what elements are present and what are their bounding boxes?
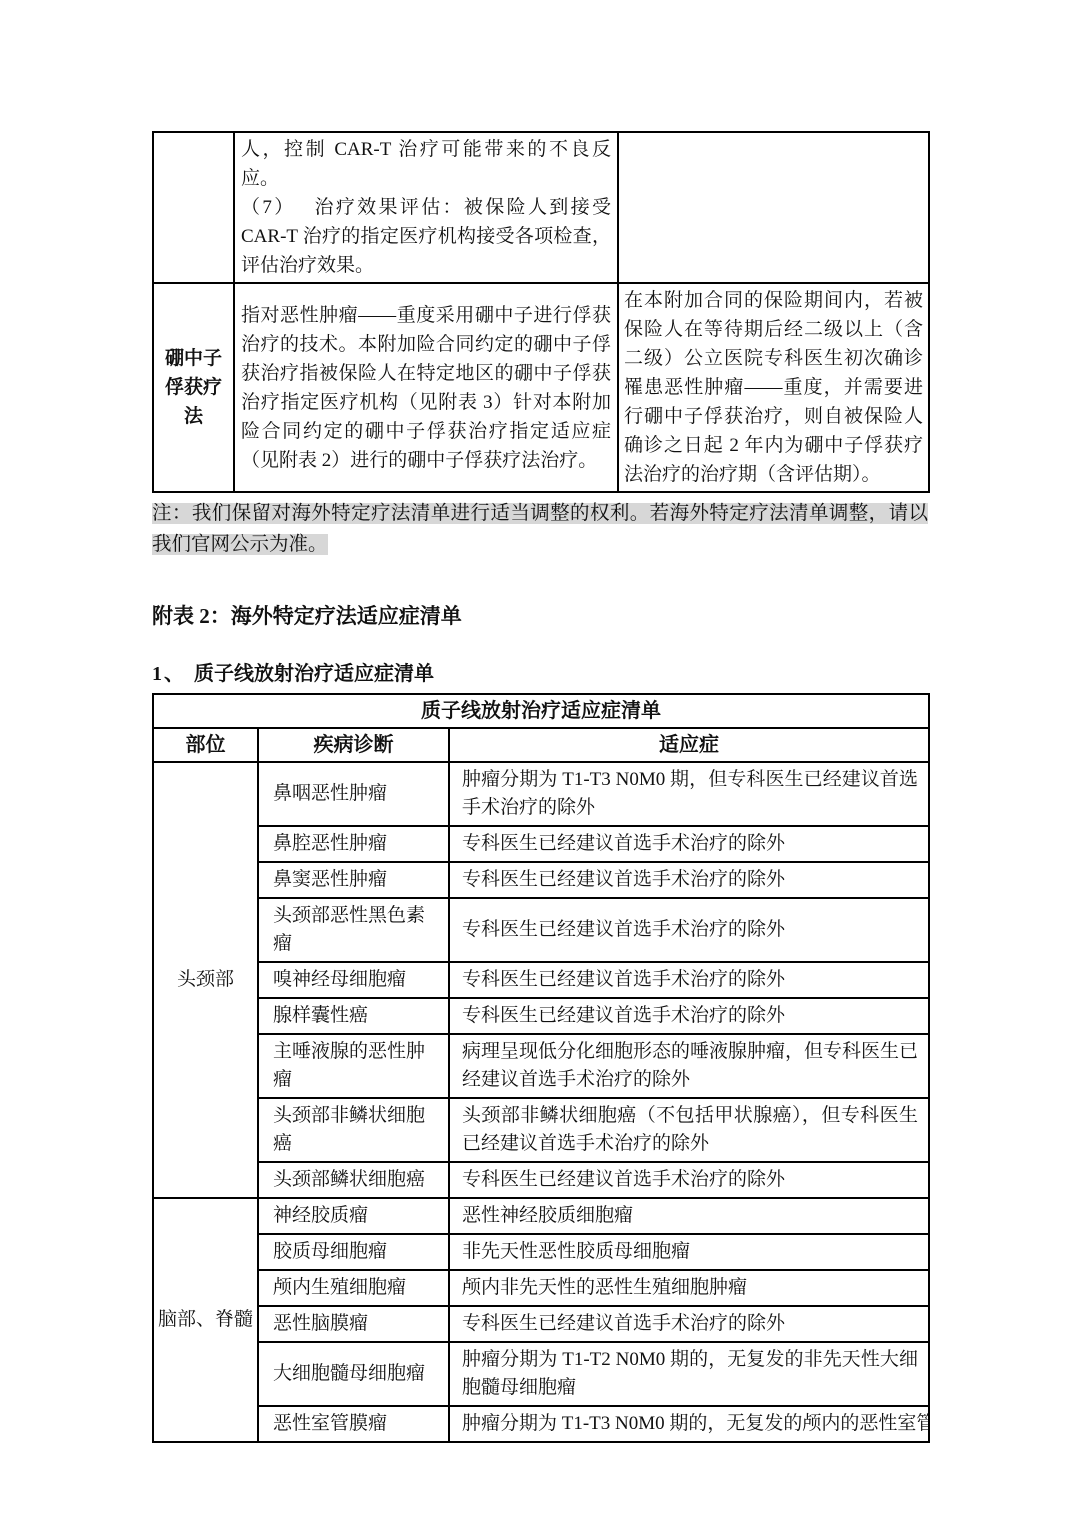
note-highlight: 注：我们保留对海外特定疗法清单进行适当调整的权利。若海外特定疗法清单调整，请以我…	[152, 503, 928, 555]
definition-cell: 指对恶性肿瘤——重度采用硼中子进行俘获治疗的技术。本附加险合同约定的硼中子俘获治…	[234, 283, 618, 492]
table-row: 头颈部鳞状细胞癌 专科医生已经建议首选手术治疗的除外	[153, 1162, 929, 1198]
indication-cell: 非先天性恶性胶质母细胞瘤	[449, 1234, 929, 1270]
document-page: 人，控制 CAR-T 治疗可能带来的不良反应。 （7） 治疗效果评估：被保险人到…	[0, 0, 1080, 1527]
column-header-indication: 适应症	[449, 728, 929, 762]
term-cell: 硼中子俘获疗法	[153, 283, 234, 492]
table-row: 腺样囊性癌 专科医生已经建议首选手术治疗的除外	[153, 998, 929, 1034]
diagnosis-cell: 鼻腔恶性肿瘤	[258, 826, 449, 862]
indication-cell: 肿瘤分期为 T1-T2 N0M0 期的，无复发的非先天性大细胞髓母细胞瘤	[449, 1342, 929, 1406]
page-content: 人，控制 CAR-T 治疗可能带来的不良反应。 （7） 治疗效果评估：被保险人到…	[152, 131, 930, 1443]
table-row: 恶性脑膜瘤 专科医生已经建议首选手术治疗的除外	[153, 1306, 929, 1342]
indication-cell: 专科医生已经建议首选手术治疗的除外	[449, 1162, 929, 1198]
table-row: 大细胞髓母细胞瘤 肿瘤分期为 T1-T2 N0M0 期的，无复发的非先天性大细胞…	[153, 1342, 929, 1406]
table-title-row: 质子线放射治疗适应症清单	[153, 694, 929, 728]
table-row: 脑部、脊髓 神经胶质瘤 恶性神经胶质细胞瘤	[153, 1198, 929, 1234]
diagnosis-cell: 嗅神经母细胞瘤	[258, 962, 449, 998]
diagnosis-cell: 恶性脑膜瘤	[258, 1306, 449, 1342]
indication-cell: 专科医生已经建议首选手术治疗的除外	[449, 862, 929, 898]
definition-paragraph: 人，控制 CAR-T 治疗可能带来的不良反应。	[241, 135, 611, 193]
definition-paragraph: （7） 治疗效果评估：被保险人到接受 CAR-T 治疗的指定医疗机构接受各项检查…	[241, 193, 611, 280]
column-header-site: 部位	[153, 728, 258, 762]
diagnosis-cell: 大细胞髓母细胞瘤	[258, 1342, 449, 1406]
table-row: 颅内生殖细胞瘤 颅内非先天性的恶性生殖细胞肿瘤	[153, 1270, 929, 1306]
diagnosis-cell: 头颈部恶性黑色素瘤	[258, 898, 449, 962]
term-cell-empty	[153, 132, 234, 283]
appendix-title: 附表 2：海外特定疗法适应症清单	[152, 602, 930, 630]
indication-cell: 肿瘤分期为 T1-T3 N0M0 期，但专科医生已经建议首选手术治疗的除外	[449, 762, 929, 826]
indication-cell: 专科医生已经建议首选手术治疗的除外	[449, 1306, 929, 1342]
diagnosis-cell: 胶质母细胞瘤	[258, 1234, 449, 1270]
diagnosis-cell: 颅内生殖细胞瘤	[258, 1270, 449, 1306]
indication-cell: 颅内非先天性的恶性生殖细胞肿瘤	[449, 1270, 929, 1306]
treatment-period-cell: 在本附加合同的保险期间内，若被保险人在等待期后经二级以上（含二级）公立医院专科医…	[618, 283, 929, 492]
indication-cell: 专科医生已经建议首选手术治疗的除外	[449, 826, 929, 862]
list-item-number: 1、	[152, 663, 186, 685]
table-row: 人，控制 CAR-T 治疗可能带来的不良反应。 （7） 治疗效果评估：被保险人到…	[153, 132, 929, 283]
indication-cell: 头颈部非鳞状细胞癌（不包括甲状腺癌），但专科医生已经建议首选手术治疗的除外	[449, 1098, 929, 1162]
diagnosis-cell: 恶性室管膜瘤	[258, 1406, 449, 1442]
list-item-title: 质子线放射治疗适应症清单	[194, 663, 434, 685]
table-row: 胶质母细胞瘤 非先天性恶性胶质母细胞瘤	[153, 1234, 929, 1270]
proton-indication-table: 质子线放射治疗适应症清单 部位 疾病诊断 适应症 头颈部 鼻咽恶性肿瘤 肿瘤分期…	[152, 693, 930, 1443]
diagnosis-cell: 主唾液腺的恶性肿瘤	[258, 1034, 449, 1098]
definitions-table: 人，控制 CAR-T 治疗可能带来的不良反应。 （7） 治疗效果评估：被保险人到…	[152, 131, 930, 493]
indication-cell: 病理呈现低分化细胞形态的唾液腺肿瘤，但专科医生已经建议首选手术治疗的除外	[449, 1034, 929, 1098]
table-row: 恶性室管膜瘤 肿瘤分期为 T1-T3 N0M0 期的，无复发的颅内的恶性室管膜	[153, 1406, 929, 1442]
column-header-diagnosis: 疾病诊断	[258, 728, 449, 762]
indication-cell: 肿瘤分期为 T1-T3 N0M0 期的，无复发的颅内的恶性室管膜	[449, 1406, 929, 1442]
table-row: 头颈部非鳞状细胞癌 头颈部非鳞状细胞癌（不包括甲状腺癌），但专科医生已经建议首选…	[153, 1098, 929, 1162]
diagnosis-cell: 鼻咽恶性肿瘤	[258, 762, 449, 826]
diagnosis-cell: 腺样囊性癌	[258, 998, 449, 1034]
indication-cell: 专科医生已经建议首选手术治疗的除外	[449, 962, 929, 998]
note-text: 注：我们保留对海外特定疗法清单进行适当调整的权利。若海外特定疗法清单调整，请以我…	[152, 498, 928, 560]
list-item-proton: 1、质子线放射治疗适应症清单	[152, 660, 930, 688]
table-title: 质子线放射治疗适应症清单	[153, 694, 929, 728]
table-header-row: 部位 疾病诊断 适应症	[153, 728, 929, 762]
indication-cell: 恶性神经胶质细胞瘤	[449, 1198, 929, 1234]
treatment-period-cell-empty	[618, 132, 929, 283]
indication-cell: 专科医生已经建议首选手术治疗的除外	[449, 898, 929, 962]
diagnosis-cell: 神经胶质瘤	[258, 1198, 449, 1234]
site-cell: 脑部、脊髓	[153, 1198, 258, 1442]
table-row: 嗅神经母细胞瘤 专科医生已经建议首选手术治疗的除外	[153, 962, 929, 998]
indication-cell: 专科医生已经建议首选手术治疗的除外	[449, 998, 929, 1034]
table-row: 头颈部恶性黑色素瘤 专科医生已经建议首选手术治疗的除外	[153, 898, 929, 962]
diagnosis-cell: 头颈部非鳞状细胞癌	[258, 1098, 449, 1162]
table-row: 鼻腔恶性肿瘤 专科医生已经建议首选手术治疗的除外	[153, 826, 929, 862]
table-row: 头颈部 鼻咽恶性肿瘤 肿瘤分期为 T1-T3 N0M0 期，但专科医生已经建议首…	[153, 762, 929, 826]
site-cell: 头颈部	[153, 762, 258, 1198]
table-row: 主唾液腺的恶性肿瘤 病理呈现低分化细胞形态的唾液腺肿瘤，但专科医生已经建议首选手…	[153, 1034, 929, 1098]
diagnosis-cell: 头颈部鳞状细胞癌	[258, 1162, 449, 1198]
diagnosis-cell: 鼻窦恶性肿瘤	[258, 862, 449, 898]
table-row: 鼻窦恶性肿瘤 专科医生已经建议首选手术治疗的除外	[153, 862, 929, 898]
definition-cell: 人，控制 CAR-T 治疗可能带来的不良反应。 （7） 治疗效果评估：被保险人到…	[234, 132, 618, 283]
table-row: 硼中子俘获疗法 指对恶性肿瘤——重度采用硼中子进行俘获治疗的技术。本附加险合同约…	[153, 283, 929, 492]
